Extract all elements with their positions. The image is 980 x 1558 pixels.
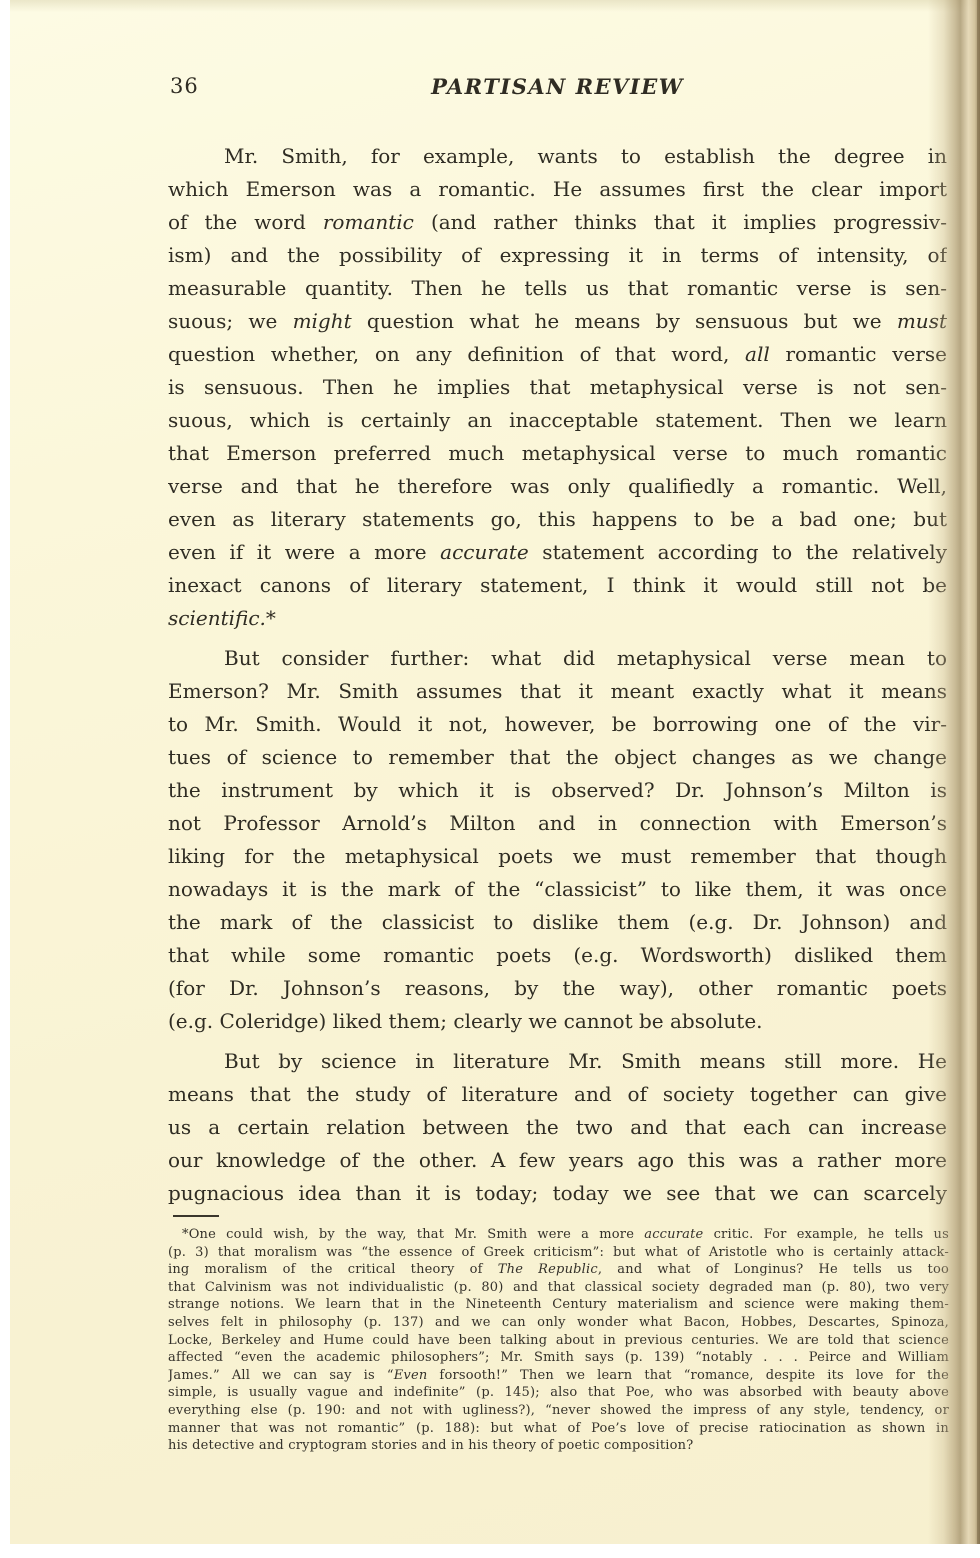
text-segment: But by science in literature Mr. Smith m… xyxy=(224,1049,947,1073)
text-segment: * xyxy=(266,606,276,630)
text-segment: (e.g. Coleridge) liked them; clearly we … xyxy=(168,1009,763,1033)
text-line: question whether, on any definition of t… xyxy=(168,338,947,371)
text-segment: measurable quantity. Then he tells us th… xyxy=(168,276,947,300)
text-segment: *One could wish, by the way, that Mr. Sm… xyxy=(182,1227,644,1242)
text-line: (for Dr. Johnson’s reasons, by the way),… xyxy=(168,972,947,1005)
text-segment: verse and that he therefore was only qua… xyxy=(168,474,947,498)
text-segment: (and rather thinks that it implies progr… xyxy=(414,210,947,234)
text-segment: everything else (p. 190: and not with ug… xyxy=(168,1403,949,1418)
text-segment: ism) and the possibility of expressing i… xyxy=(168,243,947,267)
text-segment: that Calvinism was not individualistic (… xyxy=(168,1280,949,1295)
text-segment: his detective and cryptogram stories and… xyxy=(168,1438,693,1453)
text-line: Mr. Smith, for example, wants to establi… xyxy=(168,140,947,173)
text-line: *One could wish, by the way, that Mr. Sm… xyxy=(168,1226,949,1244)
text-line: us a certain relation between the two an… xyxy=(168,1111,947,1144)
text-segment: manner that was not romantic” (p. 188): … xyxy=(168,1421,949,1436)
page-edge-shading xyxy=(928,0,980,1544)
text-line: (p. 3) that moralism was “the essence of… xyxy=(168,1244,949,1262)
scanned-book-photo: { "page": { "number": "36", "journal_tit… xyxy=(0,0,980,1558)
text-segment: simple, is usually vague and indefinite”… xyxy=(168,1385,949,1400)
text-line: nowadays it is the mark of the “classici… xyxy=(168,873,947,906)
journal-title: PARTISAN REVIEW xyxy=(168,72,947,99)
text-segment: which Emerson was a romantic. He assumes… xyxy=(168,177,947,201)
text-line: measurable quantity. Then he tells us th… xyxy=(168,272,947,305)
text-segment: that while some romantic poets (e.g. Wor… xyxy=(168,943,947,967)
text-segment: the instrument by which it is observed? … xyxy=(168,778,947,802)
text-line: everything else (p. 190: and not with ug… xyxy=(168,1402,949,1420)
text-line: even as literary statements go, this hap… xyxy=(168,503,947,536)
text-line: tues of science to remember that the obj… xyxy=(168,741,947,774)
italic-text: accurate xyxy=(644,1227,703,1242)
text-line: inexact canons of literary statement, I … xyxy=(168,569,947,602)
text-segment: is sensuous. Then he implies that metaph… xyxy=(168,375,947,399)
text-line: simple, is usually vague and indefinite”… xyxy=(168,1384,949,1402)
text-line: James.” All we can say is “Even forsooth… xyxy=(168,1367,949,1385)
italic-text: might xyxy=(293,309,352,333)
text-line: not Professor Arnold’s Milton and in con… xyxy=(168,807,947,840)
article-paragraph: Mr. Smith, for example, wants to establi… xyxy=(168,140,947,635)
text-line: pugnacious idea than it is today; today … xyxy=(168,1177,947,1210)
text-segment: forsooth!” Then we learn that “romance, … xyxy=(427,1368,949,1383)
text-line: to Mr. Smith. Would it not, however, be … xyxy=(168,708,947,741)
text-segment: affected “even the academic philosophers… xyxy=(168,1350,949,1365)
text-segment: (p. 3) that moralism was “the essence of… xyxy=(168,1245,949,1260)
running-header: 36 PARTISAN REVIEW xyxy=(168,72,947,102)
page-top-shadow xyxy=(10,0,980,12)
text-segment: our knowledge of the other. A few years … xyxy=(168,1148,947,1172)
article-paragraph: But consider further: what did metaphysi… xyxy=(168,642,947,1038)
text-line: the mark of the classicist to dislike th… xyxy=(168,906,947,939)
text-line: that while some romantic poets (e.g. Wor… xyxy=(168,939,947,972)
article-paragraph: But by science in literature Mr. Smith m… xyxy=(168,1045,947,1210)
text-segment: of the word xyxy=(168,210,323,234)
text-line: which Emerson was a romantic. He assumes… xyxy=(168,173,947,206)
text-segment: selves felt in philosophy (p. 137) and w… xyxy=(168,1315,949,1330)
text-line: Emerson? Mr. Smith assumes that it meant… xyxy=(168,675,947,708)
text-line: scientific.* xyxy=(168,602,947,635)
text-segment: question what he means by sensuous but w… xyxy=(352,309,897,333)
text-segment: ing moralism of the critical theory of xyxy=(168,1262,498,1277)
text-segment: means that the study of literature and o… xyxy=(168,1082,947,1106)
text-segment: Emerson? Mr. Smith assumes that it meant… xyxy=(168,679,947,703)
text-line: strange notions. We learn that in the Ni… xyxy=(168,1296,949,1314)
text-segment: suous, which is certainly an inacceptabl… xyxy=(168,408,947,432)
text-line: of the word romantic (and rather thinks … xyxy=(168,206,947,239)
text-segment: But consider further: what did metaphysi… xyxy=(224,646,947,670)
text-line: ing moralism of the critical theory of T… xyxy=(168,1261,949,1279)
text-line: ism) and the possibility of expressing i… xyxy=(168,239,947,272)
page-number: 36 xyxy=(170,74,199,98)
text-segment: to Mr. Smith. Would it not, however, be … xyxy=(168,712,947,736)
text-segment: pugnacious idea than it is today; today … xyxy=(168,1181,947,1205)
text-segment: romantic verse xyxy=(770,342,947,366)
text-line: manner that was not romantic” (p. 188): … xyxy=(168,1420,949,1438)
italic-text: scientific. xyxy=(168,606,266,630)
text-line: liking for the metaphysical poets we mus… xyxy=(168,840,947,873)
text-segment: the mark of the classicist to dislike th… xyxy=(168,910,947,934)
text-segment: nowadays it is the mark of the “classici… xyxy=(168,877,947,901)
text-segment: inexact canons of literary statement, I … xyxy=(168,573,947,597)
text-segment: us a certain relation between the two an… xyxy=(168,1115,947,1139)
text-segment: even as literary statements go, this hap… xyxy=(168,507,947,531)
text-line: his detective and cryptogram stories and… xyxy=(168,1437,949,1455)
text-line: (e.g. Coleridge) liked them; clearly we … xyxy=(168,1005,947,1038)
text-line: affected “even the academic philosophers… xyxy=(168,1349,949,1367)
italic-text: Even xyxy=(394,1368,428,1383)
text-segment: liking for the metaphysical poets we mus… xyxy=(168,844,947,868)
text-line: Locke, Berkeley and Hume could have been… xyxy=(168,1332,949,1350)
text-line: But consider further: what did metaphysi… xyxy=(168,642,947,675)
text-segment: strange notions. We learn that in the Ni… xyxy=(168,1297,949,1312)
italic-text: romantic xyxy=(323,210,414,234)
text-line: suous, which is certainly an inacceptabl… xyxy=(168,404,947,437)
text-line: means that the study of literature and o… xyxy=(168,1078,947,1111)
text-line: that Emerson preferred much metaphysical… xyxy=(168,437,947,470)
footnote-separator-rule xyxy=(173,1215,219,1217)
footnote: *One could wish, by the way, that Mr. Sm… xyxy=(168,1226,949,1455)
text-line: the instrument by which it is observed? … xyxy=(168,774,947,807)
text-line: our knowledge of the other. A few years … xyxy=(168,1144,947,1177)
text-segment: that Emerson preferred much metaphysical… xyxy=(168,441,947,465)
text-segment: James.” All we can say is “ xyxy=(168,1368,394,1383)
text-segment: even if it were a more xyxy=(168,540,440,564)
italic-text: accurate xyxy=(440,540,529,564)
text-segment: statement according to the relatively xyxy=(529,540,947,564)
text-segment: suous; we xyxy=(168,309,293,333)
italic-text: all xyxy=(745,342,770,366)
text-segment: tues of science to remember that the obj… xyxy=(168,745,947,769)
text-segment: , and what of Longinus? He tells us too xyxy=(598,1262,949,1277)
text-line: even if it were a more accurate statemen… xyxy=(168,536,947,569)
text-line: But by science in literature Mr. Smith m… xyxy=(168,1045,947,1078)
text-segment: not Professor Arnold’s Milton and in con… xyxy=(168,811,947,835)
article-body: Mr. Smith, for example, wants to establi… xyxy=(168,140,947,1210)
text-segment: question whether, on any definition of t… xyxy=(168,342,745,366)
text-segment: (for Dr. Johnson’s reasons, by the way),… xyxy=(168,976,947,1000)
text-segment: critic. For example, he tells us xyxy=(703,1227,949,1242)
text-segment: Mr. Smith, for example, wants to establi… xyxy=(224,144,947,168)
text-line: selves felt in philosophy (p. 137) and w… xyxy=(168,1314,949,1332)
text-line: suous; we might question what he means b… xyxy=(168,305,947,338)
italic-text: The Republic xyxy=(498,1262,598,1277)
text-line: that Calvinism was not individualistic (… xyxy=(168,1279,949,1297)
text-line: verse and that he therefore was only qua… xyxy=(168,470,947,503)
text-line: is sensuous. Then he implies that metaph… xyxy=(168,371,947,404)
text-segment: Locke, Berkeley and Hume could have been… xyxy=(168,1333,949,1348)
book-page: 36 PARTISAN REVIEW Mr. Smith, for exampl… xyxy=(10,0,980,1544)
